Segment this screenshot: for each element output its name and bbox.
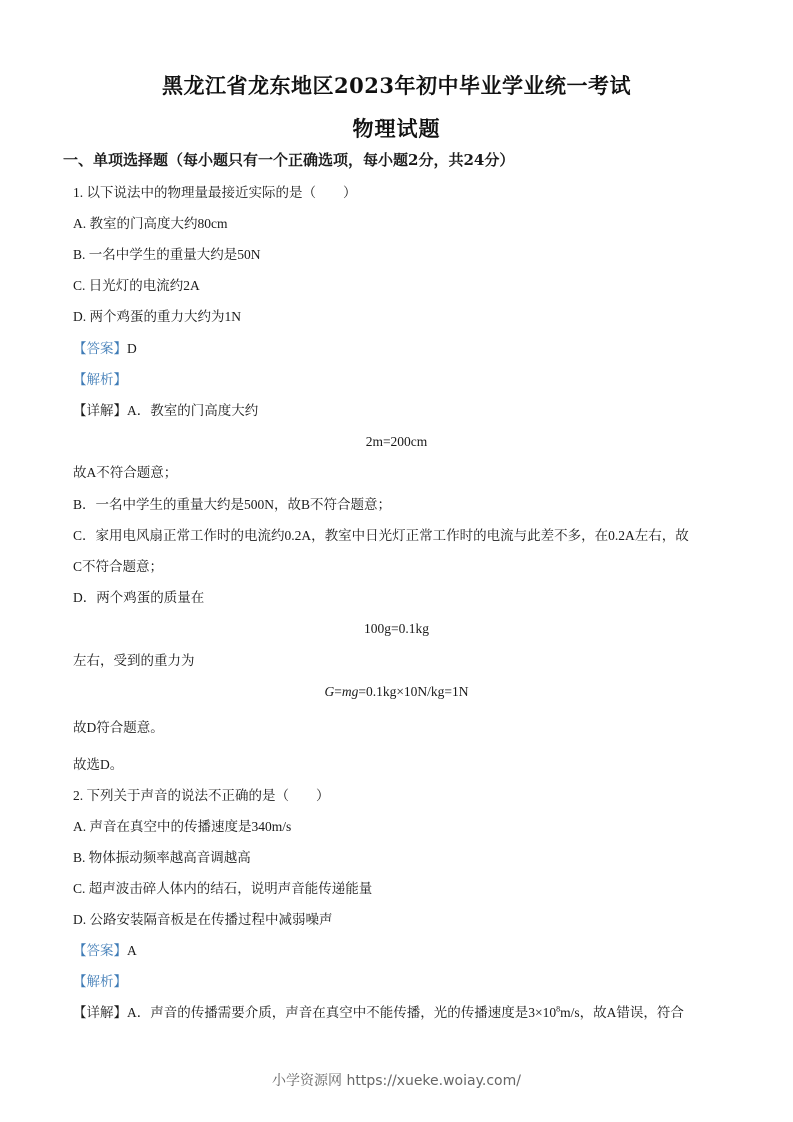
analysis-tag: 【解析】 xyxy=(73,372,127,387)
q2-option-b: B. 物体振动频率越高音调越高 xyxy=(73,848,251,868)
q1-option-d: D. 两个鸡蛋的重力大约为1N xyxy=(73,307,241,327)
q1-detail-a-conclusion: 故A不符合题意； xyxy=(73,463,177,483)
detail-tag: 【详解】 xyxy=(73,403,127,418)
q1-detail-c: C．家用电风扇正常工作时的电流约0.2A，教室中日光灯正常工作时的电流与此差不多… xyxy=(73,526,689,546)
q2-detail-a: 【详解】A．声音的传播需要介质，声音在真空中不能传播，光的传播速度是3×108m… xyxy=(73,1003,684,1023)
q1-detail-a: 【详解】A．教室的门高度大约 xyxy=(73,401,258,421)
q1-stem: 1. 以下说法中的物理量最接近实际的是（ ） xyxy=(73,183,357,203)
q1-detail-d-cont: 左右，受到的重力为 xyxy=(73,651,195,671)
q1-answer: 【答案】D xyxy=(73,339,137,359)
q1-detail-c-cont: C不符合题意； xyxy=(73,557,163,577)
q2-option-c: C. 超声波击碎人体内的结石，说明声音能传递能量 xyxy=(73,879,372,899)
answer-tag: 【答案】 xyxy=(73,341,127,356)
q1-formula-mass: 100g=0.1kg xyxy=(0,619,793,639)
analysis-tag: 【解析】 xyxy=(73,974,127,989)
q2-analysis: 【解析】 xyxy=(73,972,127,992)
q1-formula-height: 2m=200cm xyxy=(0,432,793,452)
exam-title: 黑龙江省龙东地区2023年初中毕业学业统一考试 xyxy=(0,70,793,100)
q1-detail-d: D．两个鸡蛋的质量在 xyxy=(73,588,204,608)
q1-detail-b: B．一名中学生的重量大约是500N，故B不符合题意； xyxy=(73,495,391,515)
section-heading: 一、单项选择题（每小题只有一个正确选项，每小题2分，共24分） xyxy=(63,150,514,170)
q1-final-choice: 故选D。 xyxy=(73,755,123,775)
q2-answer: 【答案】A xyxy=(73,941,137,961)
detail-tag: 【详解】 xyxy=(73,1005,127,1020)
q1-analysis: 【解析】 xyxy=(73,370,127,390)
answer-value: D xyxy=(127,341,137,356)
q2-option-a: A. 声音在真空中的传播速度是340m/s xyxy=(73,817,291,837)
q2-option-d: D. 公路安装隔音板是在传播过程中减弱噪声 xyxy=(73,910,333,930)
q1-detail-d-conclusion: 故D符合题意。 xyxy=(73,718,164,738)
q1-option-c: C. 日光灯的电流约2A xyxy=(73,276,200,296)
answer-value: A xyxy=(127,943,137,958)
document-page: 黑龙江省龙东地区2023年初中毕业学业统一考试 物理试题 一、单项选择题（每小题… xyxy=(0,0,793,1122)
q1-option-a: A. 教室的门高度大约80cm xyxy=(73,214,228,234)
answer-tag: 【答案】 xyxy=(73,943,127,958)
exam-subtitle: 物理试题 xyxy=(0,113,793,143)
q1-option-b: B. 一名中学生的重量大约是50N xyxy=(73,245,261,265)
q1-formula-gravity: G=mg=0.1kg×10N/kg=1N xyxy=(0,682,793,702)
q2-stem: 2. 下列关于声音的说法不正确的是（ ） xyxy=(73,786,330,806)
watermark-footer: 小学资源网 https://xueke.woiay.com/ xyxy=(0,1070,793,1090)
